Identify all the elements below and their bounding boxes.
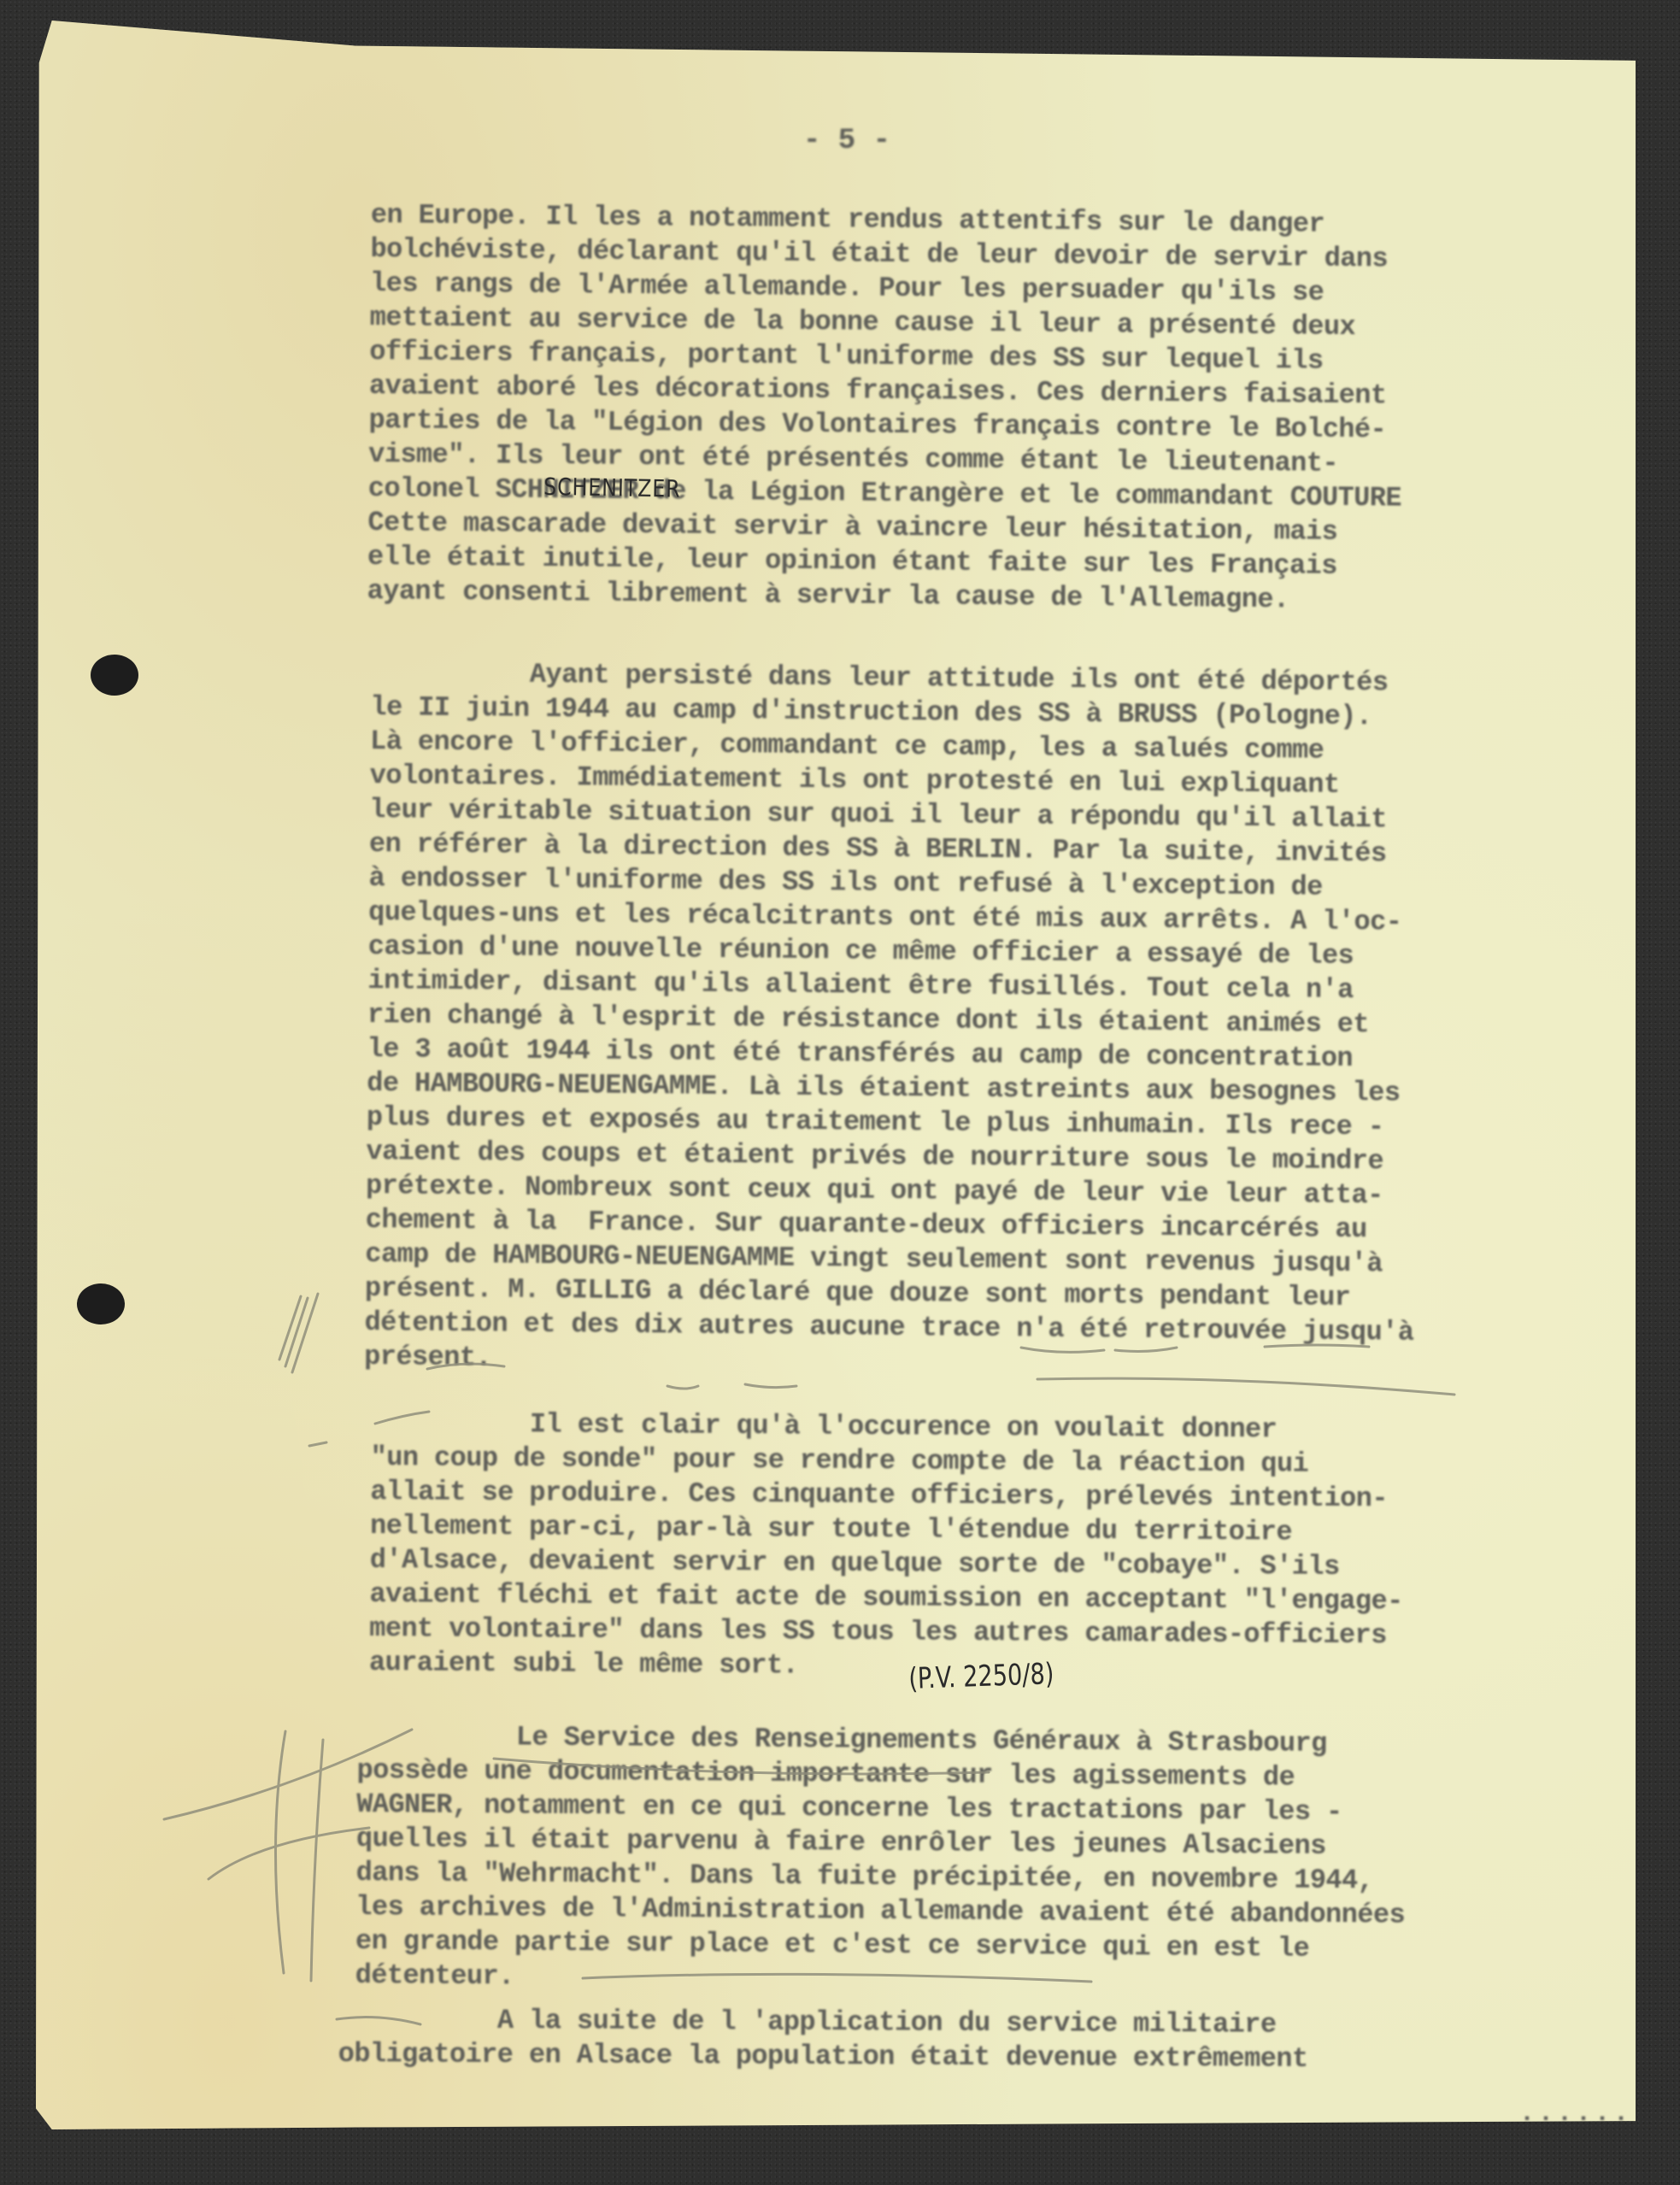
text-line: Ayant persisté dans leur attitude ils on…: [371, 660, 1389, 696]
text-line: Là encore l'officier, commandant ce camp…: [370, 728, 1324, 765]
punch-hole: [91, 655, 138, 696]
text-line: nellement par-ci, par-là sur toute l'éte…: [370, 1512, 1292, 1547]
margin-cross-mark: [275, 1731, 285, 1973]
text-line: les rangs de l'Armée allemande. Pour les…: [370, 270, 1324, 307]
reference-note-annotation: (P.V. 2250/8): [908, 1657, 1054, 1696]
text-line: mettaient au service de la bonne cause i…: [370, 304, 1356, 341]
text-line: A la suite de l 'application du service …: [338, 2006, 1277, 2039]
page-number: - 5 -: [803, 125, 890, 157]
paragraph: en Europe. Il les a notamment rendus att…: [367, 202, 435, 585]
text-line: plus dures et exposés au traitement le p…: [367, 1104, 1384, 1141]
text-line: quelques-uns et les récalcitrants ont ét…: [368, 899, 1401, 937]
text-line: volontaires. Immédiatement ils ont prote…: [370, 762, 1340, 799]
document-page: - 5 - en Europe. Il les a notamment rend…: [36, 21, 1636, 2129]
text-line: chement à la France. Sur quarante-deux o…: [366, 1207, 1367, 1243]
paragraph: A la suite de l 'application du service …: [338, 2006, 402, 2116]
text-line: officiers français, portant l'uniforme d…: [369, 338, 1323, 375]
text-line: présent.: [364, 1343, 491, 1371]
text-line: leur véritable situation sur quoi il leu…: [369, 796, 1387, 833]
text-line: colonel SCHNITZER de la Légion Etrangère…: [368, 475, 1401, 513]
text-line: les archives de l'Administration alleman…: [355, 1894, 1405, 1929]
text-line: avaient fléchi et fait acte de soumissio…: [369, 1581, 1402, 1615]
text-line: "un coup de sonde" pour se rendre compte…: [370, 1444, 1308, 1478]
text-line: présent. M. GILLIG a déclaré que douze s…: [365, 1275, 1351, 1312]
text-line: Cette mascarade devait servir à vaincre …: [367, 509, 1337, 546]
text-line: en grande partie sur place et c'est ce s…: [355, 1928, 1309, 1963]
text-line: de HAMBOURG-NEUENGAMME. Là ils étaient a…: [367, 1070, 1400, 1107]
text-line: possède une documentation importante sur…: [356, 1757, 1295, 1792]
text-line: ayant consenti librement à servir la cau…: [367, 578, 1289, 614]
text-line: en Europe. Il les a notamment rendus att…: [371, 202, 1325, 238]
text-line: Il est clair qu'à l'occurence on voulait…: [371, 1410, 1278, 1443]
text-line: camp de HAMBOURG-NEUENGAMME vingt seulem…: [365, 1241, 1383, 1278]
text-line: ment volontaire" dans les SS tous les au…: [369, 1615, 1387, 1649]
text-line: détention et des dix autres aucune trace…: [364, 1309, 1413, 1347]
text-line: obligatoire en Alsace la population étai…: [338, 2041, 1308, 2073]
text-line: d'Alsace, devaient servir en quelque sor…: [370, 1547, 1340, 1581]
text-line: parties de la "Légion des Volontaires fr…: [368, 407, 1386, 443]
text-line: visme". Ils leur ont été présentés comme…: [368, 441, 1338, 478]
text-line: dans la "Wehrmacht". Dans la fuite préci…: [355, 1859, 1373, 1894]
paragraph: Ayant persisté dans leur attitude ils on…: [365, 660, 434, 1289]
handwritten-name-annotation: SCHENITZER: [543, 473, 681, 503]
paragraph: Il est clair qu'à l'occurence on voulait…: [369, 1410, 435, 1684]
text-line: casion d'une nouvelle réunion ce même of…: [368, 933, 1354, 970]
text-line: auraient subi le même sort.: [369, 1649, 799, 1680]
punch-hole: [77, 1283, 125, 1325]
text-line: en référer à la direction des SS à BERLI…: [369, 831, 1387, 867]
text-line: allait se produire. Ces cinquante offici…: [370, 1478, 1388, 1512]
text-line: détenteur.: [355, 1962, 514, 1990]
underline-mark: [1021, 1348, 1104, 1352]
text-line: à endosser l'uniforme des SS ils ont ref…: [368, 865, 1322, 902]
text-line: WAGNER, notamment en ce qui concerne les…: [356, 1791, 1342, 1826]
text-line: quelles il était parvenu à faire enrôler…: [356, 1825, 1326, 1860]
text-line: rien changé à l'esprit de résistance don…: [367, 1001, 1369, 1038]
text-line: le II juin 1944 au camp d'instruction de…: [370, 694, 1372, 731]
margin-slash-mark: [279, 1296, 301, 1360]
text-line: le 3 août 1944 ils ont été transférés au…: [367, 1036, 1353, 1072]
text-line: vaient des coups et étaient privés de no…: [366, 1138, 1383, 1175]
continuation-marker: ......: [1519, 2100, 1632, 2129]
paragraph: Le Service des Renseignements Généraux à…: [355, 1723, 420, 1997]
text-line: elle était inutile, leur opinion étant f…: [367, 543, 1337, 580]
text-line: intimider, disant qu'ils allaient être f…: [367, 967, 1354, 1004]
text-line: avaient aboré les décorations françaises…: [369, 373, 1387, 409]
text-line: bolchéviste, déclarant qu'il était de le…: [370, 236, 1388, 273]
text-line: Le Service des Renseignements Généraux à…: [357, 1723, 1327, 1758]
text-line: prétexte. Nombreux sont ceux qui ont pay…: [366, 1172, 1383, 1209]
